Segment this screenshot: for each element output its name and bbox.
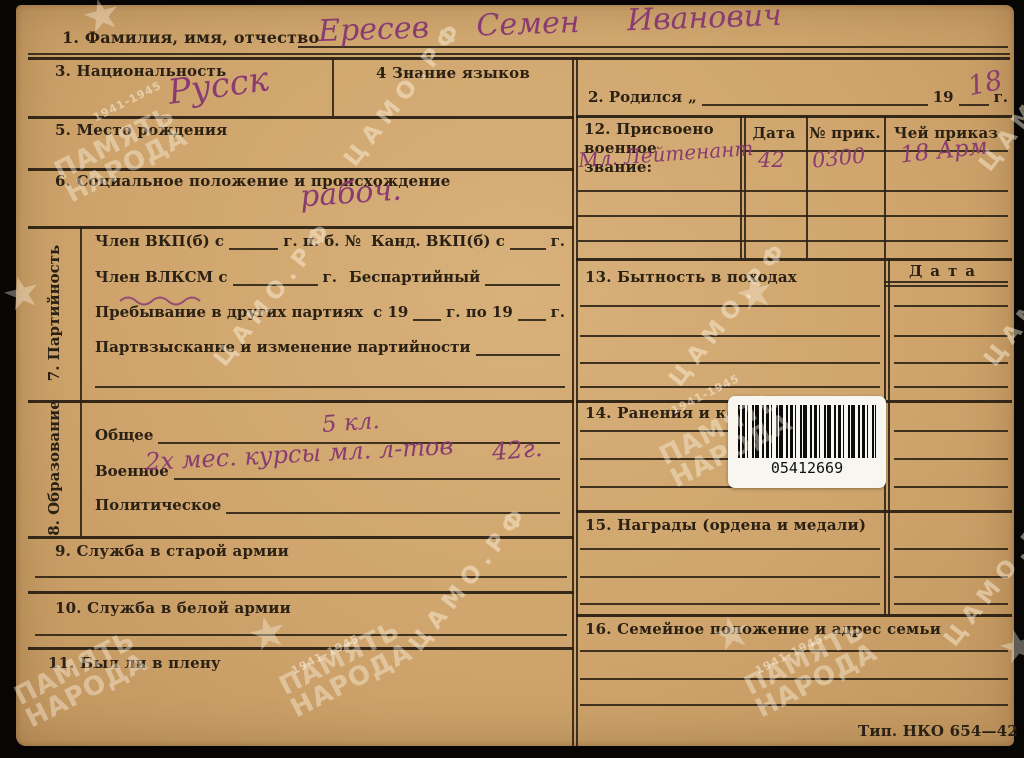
rule-line — [894, 386, 1008, 388]
field-label-languages: 4 Знание языков — [376, 64, 530, 82]
rule-line — [894, 486, 1008, 488]
rule-line — [580, 704, 1008, 706]
handwritten-education-military-year: 42г. — [491, 434, 544, 466]
cell-divider — [332, 57, 334, 116]
campaigns-date-header: Дата — [884, 262, 1008, 280]
table-divider — [884, 115, 886, 258]
separator-line — [28, 226, 574, 229]
blank-line — [510, 233, 546, 250]
separator-line — [576, 510, 1012, 513]
rule-line — [580, 603, 880, 605]
field-label-family: 16. Семейное положение и адрес семьи — [585, 620, 941, 638]
separator-line — [28, 591, 574, 594]
rule-line — [580, 362, 880, 364]
barcode-bars — [738, 405, 876, 458]
rule-line — [35, 634, 567, 636]
field-label-birthplace: 5. Место рождения — [55, 121, 227, 139]
handwritten-education-general: 5 кл. — [321, 408, 380, 438]
blank-line — [702, 89, 928, 106]
rule-line — [298, 46, 1008, 48]
rule-line — [894, 548, 1008, 550]
separator-line — [576, 115, 1012, 118]
separator-line — [28, 536, 574, 539]
separator-line — [28, 53, 1010, 55]
rule-line — [894, 458, 1008, 460]
education-political-line: Политическое — [95, 496, 565, 514]
section-divider — [80, 226, 82, 536]
section-label-party: 7. Партийность — [28, 226, 80, 400]
blank-line — [229, 233, 278, 250]
rule-line — [894, 576, 1008, 578]
ink-wavy-underline — [118, 296, 208, 306]
rule-line — [580, 548, 880, 550]
blank-line — [518, 304, 546, 321]
blank-line — [476, 339, 560, 356]
rule-line — [578, 215, 1008, 217]
rule-line — [580, 305, 880, 307]
field-label-captivity: 11. Был ли в плену — [48, 654, 221, 672]
rule-line — [580, 678, 1008, 680]
handwritten-rank-date: 42 — [758, 148, 785, 172]
rule-line — [894, 305, 1008, 307]
blank-line — [485, 269, 560, 286]
rule-line — [580, 650, 1008, 652]
rule-line — [578, 240, 1008, 242]
form-imprint: Тип. НКО 654—42 — [858, 722, 1018, 740]
separator-line — [28, 400, 574, 403]
field-label-white-army: 10. Служба в белой армии — [55, 599, 291, 617]
rank-col-order: № прик. — [806, 124, 884, 142]
blank-line — [233, 269, 318, 286]
separator-line — [576, 258, 1012, 261]
field-label-campaigns: 13. Бытность в походах — [585, 268, 797, 286]
rule-line — [35, 576, 567, 578]
field-label-awards: 15. Награды (ордена и медали) — [585, 516, 866, 534]
barcode-sticker: 05412669 — [728, 396, 886, 488]
rule-line — [580, 335, 880, 337]
rule-line — [95, 386, 565, 388]
field-label-name: 1. Фамилия, имя, отчество — [62, 28, 319, 47]
rule-line — [580, 386, 880, 388]
scanned-card: 1. Фамилия, имя, отчество Ересев Семен И… — [0, 0, 1024, 758]
section-label-education: 8. Образование — [28, 400, 80, 536]
rule-line — [894, 430, 1008, 432]
party-vlksm-line: Член ВЛКСМ с г. Беспартийный — [95, 268, 565, 286]
born-line: 2. Родился „ 19 г. — [588, 88, 1008, 106]
barcode-number: 05412669 — [728, 459, 886, 477]
handwritten-social: рабоч. — [299, 172, 403, 214]
separator-line — [28, 168, 574, 171]
separator-line — [28, 116, 574, 119]
rule-line — [894, 362, 1008, 364]
rule-line — [578, 190, 1008, 192]
rule-line — [894, 335, 1008, 337]
party-penalty-line: Партвзыскание и изменение партийности — [95, 338, 565, 356]
rule-line — [580, 576, 880, 578]
blank-line — [413, 304, 441, 321]
table-divider — [888, 258, 890, 614]
blank-line — [226, 497, 560, 514]
party-vkp-line: Член ВКП(б) с г. п. б. № Канд. ВКП(б) с … — [95, 232, 565, 250]
table-divider — [806, 115, 808, 258]
separator-line — [28, 647, 574, 650]
field-label-old-army: 9. Служба в старой армии — [55, 542, 289, 560]
rule-line — [884, 285, 1008, 287]
rule-line — [894, 603, 1008, 605]
separator-line — [28, 57, 1010, 60]
rule-line — [884, 281, 1008, 283]
separator-line — [576, 614, 1012, 617]
